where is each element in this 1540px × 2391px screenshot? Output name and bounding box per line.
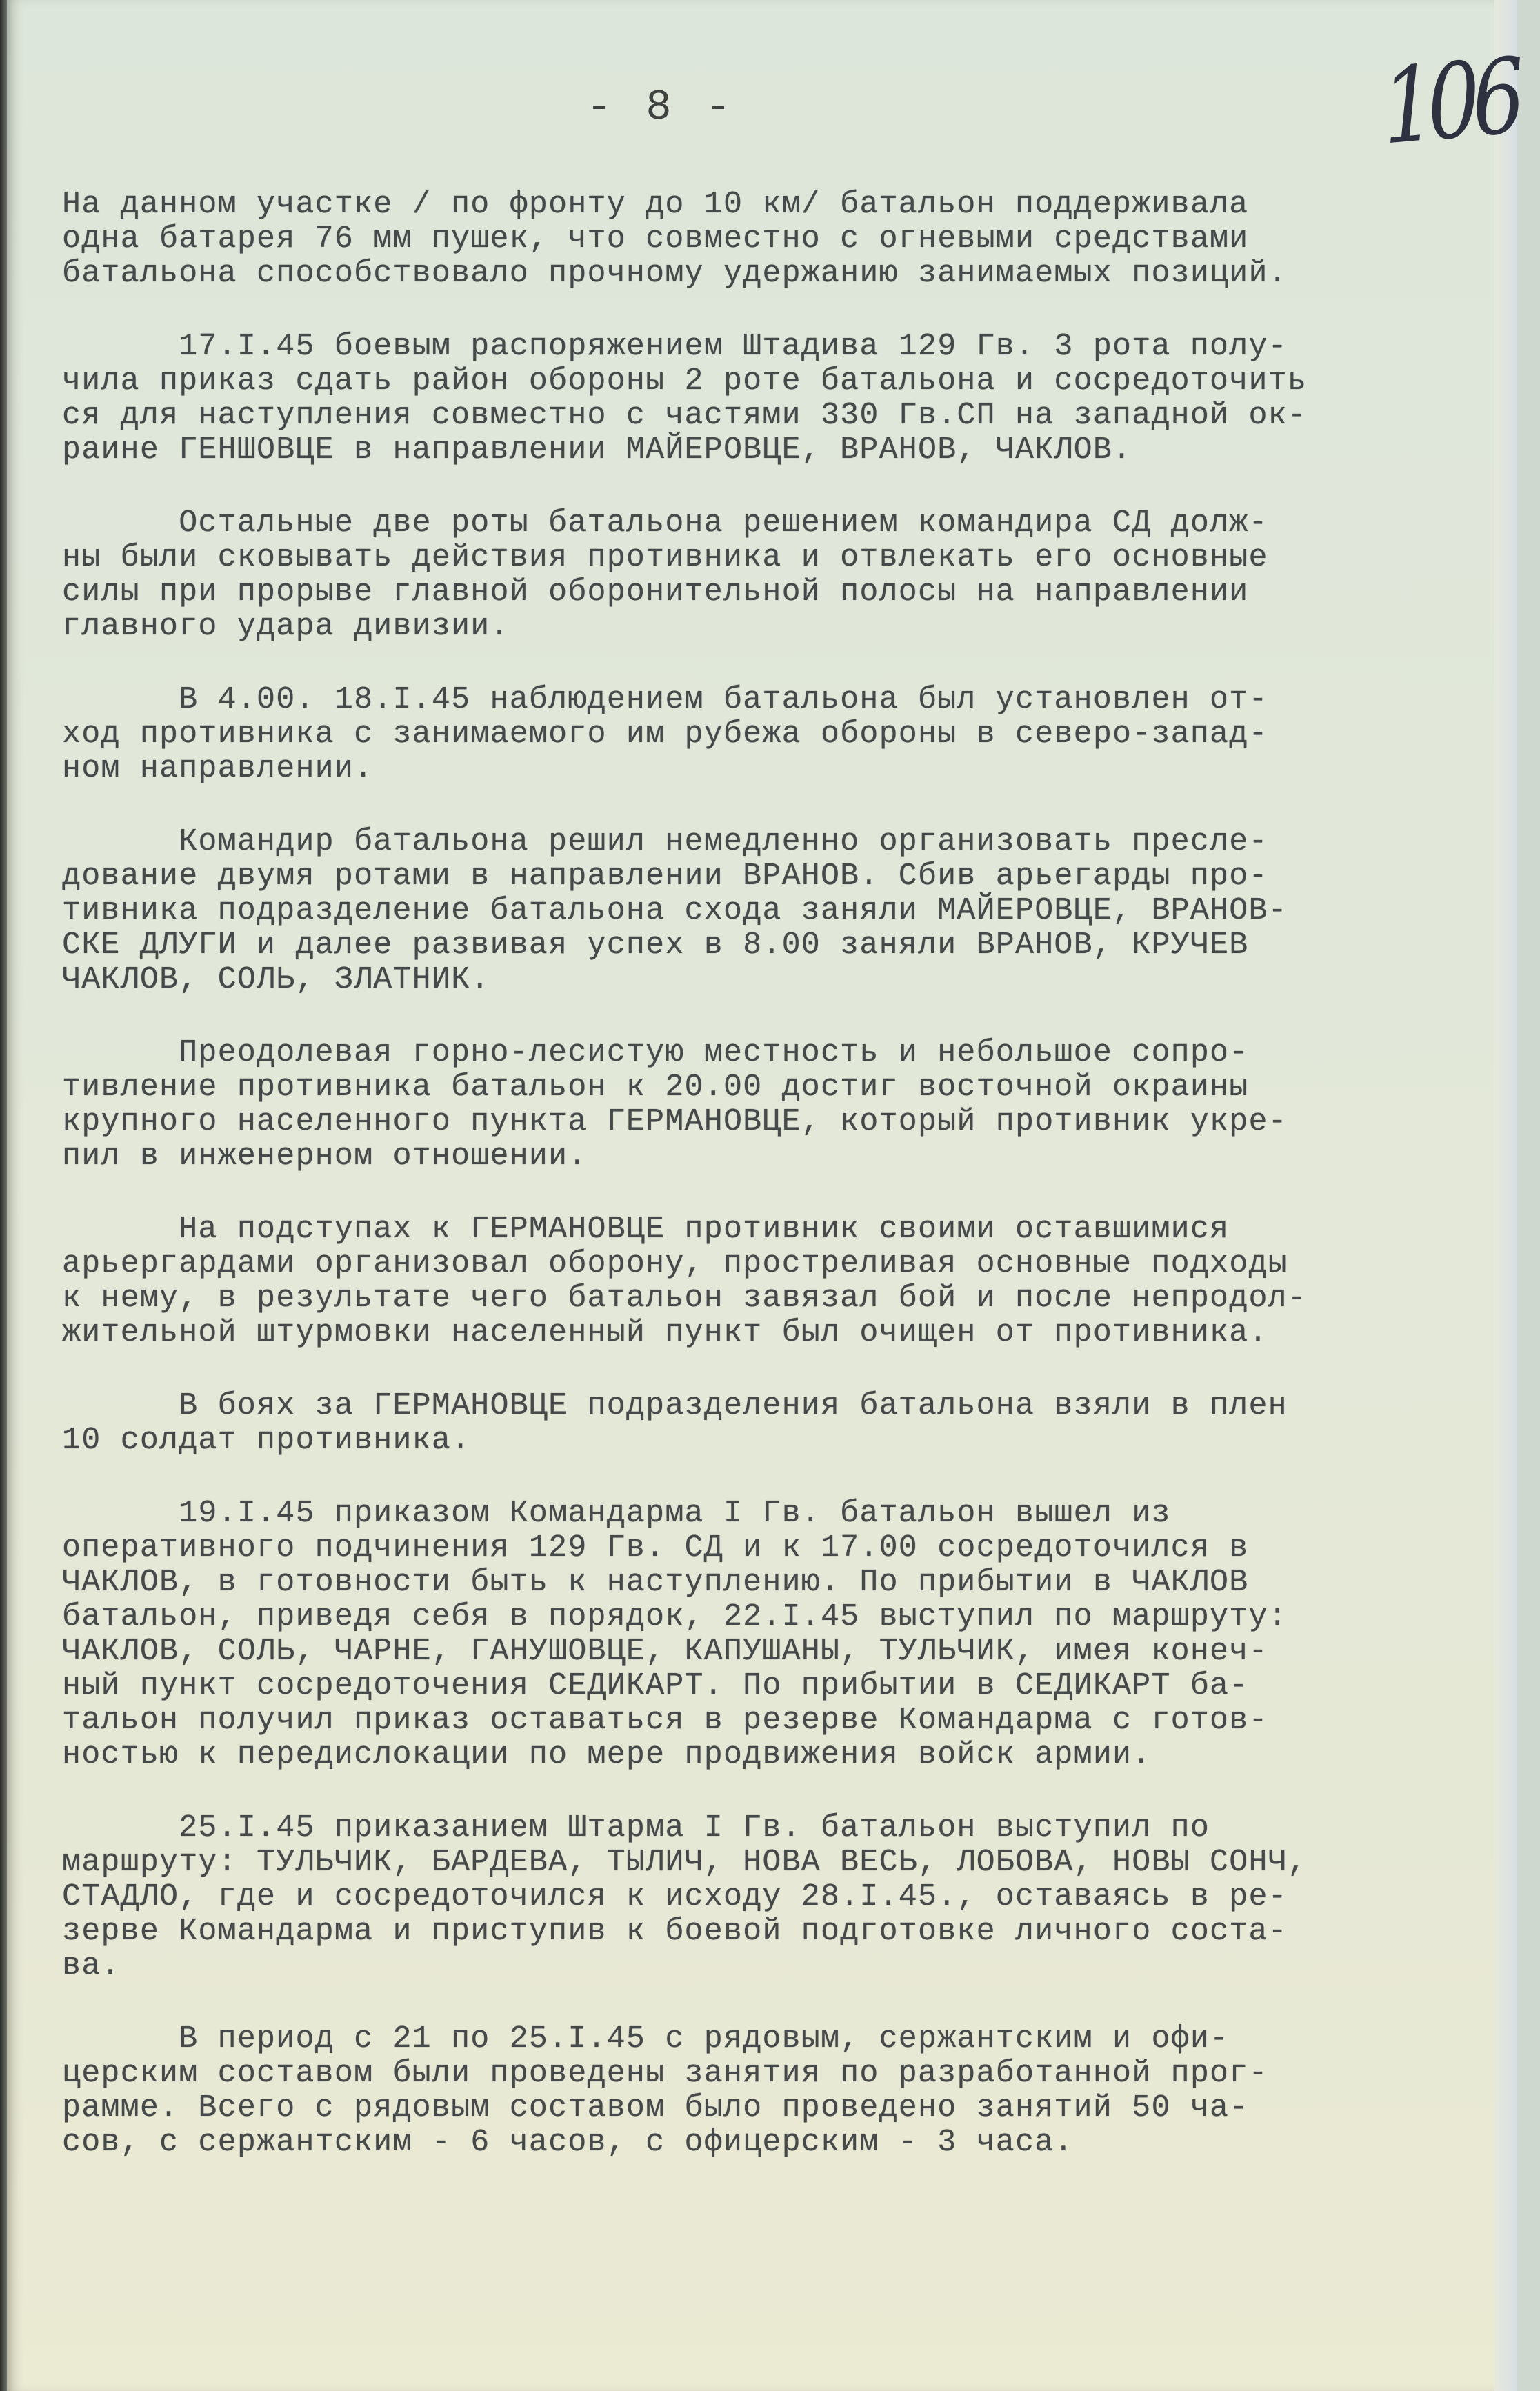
paragraph: На подступах к ГЕРМАНОВЦЕ противник свои… [62,1212,1517,1350]
paragraph: 19.I.45 приказом Командарма I Гв. баталь… [62,1497,1517,1772]
text-line: ЧАКЛОВ, СОЛЬ, ЧАРНЕ, ГАНУШОВЦЕ, КАПУШАНЫ… [62,1634,1517,1669]
text-line: ном направлении. [62,752,1517,786]
paragraph: На данном участке / по фронту до 10 км/ … [62,188,1517,291]
text-line: сов, с сержантским - 6 часов, с офицерск… [62,2125,1517,2160]
text-line: рамме. Всего с рядовым составом было про… [62,2091,1517,2125]
paragraph: Остальные две роты батальона решением ко… [62,506,1517,644]
text-line: тальон получил приказ оставаться в резер… [62,1703,1517,1738]
text-line: На подступах к ГЕРМАНОВЦЕ противник свои… [62,1212,1517,1247]
text-line: В боях за ГЕРМАНОВЦЕ подразделения батал… [62,1389,1517,1423]
paragraph: 17.I.45 боевым распоряжением Штадива 129… [62,330,1517,468]
text-line: Остальные две роты батальона решением ко… [62,506,1517,541]
text-line: ный пункт сосредоточения СЕДИКАРТ. По пр… [62,1669,1517,1703]
text-line: пил в инженерном отношении. [62,1139,1517,1174]
text-line: арьергардами организовал оборону, простр… [62,1247,1517,1281]
text-line: тивление противника батальон к 20.00 дос… [62,1070,1517,1105]
text-line: ностью к передислокации по мере продвиже… [62,1738,1517,1772]
text-line: жительной штурмовки населенный пункт был… [62,1316,1517,1350]
text-line: В период с 21 по 25.I.45 с рядовым, серж… [62,2022,1517,2057]
text-line: В 4.00. 18.I.45 наблюдением батальона бы… [62,683,1517,717]
text-line: СКЕ ДЛУГИ и далее развивая успех в 8.00 … [62,928,1517,963]
text-line: церским составом были проведены занятия … [62,2057,1517,2091]
text-line: На данном участке / по фронту до 10 км/ … [62,188,1517,222]
text-line: ЧАКЛОВ, в готовности быть к наступлению.… [62,1565,1517,1600]
paragraph: В период с 21 по 25.I.45 с рядовым, серж… [62,2022,1517,2160]
text-line: тивника подразделение батальона схода за… [62,894,1517,928]
text-line: зерве Командарма и приступив к боевой по… [62,1914,1517,1949]
text-line: 17.I.45 боевым распоряжением Штадива 129… [62,330,1517,364]
text-line: раине ГЕНШОВЦЕ в направлении МАЙЕРОВЦЕ, … [62,433,1517,468]
text-line: ва. [62,1949,1517,1983]
text-line: крупного населенного пункта ГЕРМАНОВЦЕ, … [62,1105,1517,1139]
text-line: 10 солдат противника. [62,1423,1517,1458]
text-line: батальон, приведя себя в порядок, 22.I.4… [62,1600,1517,1634]
text-line: 25.I.45 приказанием Штарма I Гв. батальо… [62,1811,1517,1845]
paragraph: В боях за ГЕРМАНОВЦЕ подразделения батал… [62,1389,1517,1458]
paragraph: Командир батальона решил немедленно орга… [62,825,1517,997]
document-body: На данном участке / по фронту до 10 км/ … [62,188,1517,2199]
page-number: - 8 - [586,83,735,132]
text-line: дование двумя ротами в направлении ВРАНО… [62,859,1517,894]
paragraph: В 4.00. 18.I.45 наблюдением батальона бы… [62,683,1517,786]
text-line: батальона способствовало прочному удержа… [62,257,1517,291]
text-line: Преодолевая горно-лесистую местность и н… [62,1036,1517,1070]
text-line: силы при прорыве главной оборонительной … [62,575,1517,610]
paragraph: 25.I.45 приказанием Штарма I Гв. батальо… [62,1811,1517,1983]
text-line: одна батарея 76 мм пушек, что совместно … [62,222,1517,257]
text-line: к нему, в результате чего батальон завяз… [62,1281,1517,1316]
text-line: ны были сковывать действия противника и … [62,541,1517,575]
text-line: оперативного подчинения 129 Гв. СД и к 1… [62,1531,1517,1565]
text-line: ЧАКЛОВ, СОЛЬ, ЗЛАТНИК. [62,963,1517,997]
text-line: 19.I.45 приказом Командарма I Гв. баталь… [62,1497,1517,1531]
binding-edge [0,0,7,2391]
text-line: главного удара дивизии. [62,610,1517,644]
text-line: чила приказ сдать район обороны 2 роте б… [62,364,1517,399]
text-line: маршруту: ТУЛЬЧИК, БАРДЕВА, ТЫЛИЧ, НОВА … [62,1845,1517,1880]
handwritten-archive-number: 106 [1379,37,1521,168]
text-line: СТАДЛО, где и сосредоточился к исходу 28… [62,1880,1517,1914]
text-line: ход противника с занимаемого им рубежа о… [62,717,1517,752]
document-page: - 8 - 106 На данном участке / по фронту … [7,0,1517,2391]
text-line: ся для наступления совместно с частями 3… [62,399,1517,433]
text-line: Командир батальона решил немедленно орга… [62,825,1517,859]
paragraph: Преодолевая горно-лесистую местность и н… [62,1036,1517,1174]
